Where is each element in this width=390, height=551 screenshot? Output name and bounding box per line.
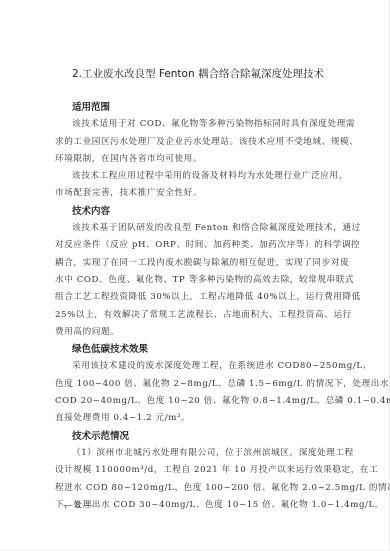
text-line: 求的工业园区污水处理厂及企业污水处理站。该技术应用不受地域、规模、 bbox=[55, 134, 344, 151]
text-line: 水中 COD、色度、氟化物、TP 等多种污染物的高效去除，较常规串联式 bbox=[55, 272, 344, 289]
paragraph-content: 该技术基于团队研发的改良型 Fenton 和络合除氟深度处理技术，通过 对反应条… bbox=[55, 220, 344, 341]
text-line: 该技术适用于对 COD、氟化物等多种污染物指标同时具有深度处理需 bbox=[55, 116, 344, 133]
text-line: 该技术工程应用过程中采用的设备及材料均为水处理行业广泛应用， bbox=[55, 168, 344, 185]
text-line: 25%以上，有效解决了常规工艺流程长、占地面积大、工程投资高、运行 bbox=[55, 307, 344, 324]
text-line: 程进水 COD 80~120mg/L、色度 100~200 倍、氟化物 2.0~… bbox=[55, 480, 344, 497]
heading-demonstration: 技术示范情况 bbox=[55, 428, 344, 445]
paragraph-scope: 该技术适用于对 COD、氟化物等多种污染物指标同时具有深度处理需 求的工业园区污… bbox=[55, 116, 344, 202]
text-line: 该技术基于团队研发的改良型 Fenton 和络合除氟深度处理技术，通过 bbox=[55, 220, 344, 237]
text-line: 下，处理出水 COD 30~40mg/L、色度 10~15 倍、氟化物 1.0~… bbox=[55, 497, 344, 514]
section-title: 2.工业废水改良型 Fenton 耦合络合除氟深度处理技术 bbox=[72, 66, 324, 81]
heading-scope: 适用范围 bbox=[55, 99, 344, 116]
text-line: 色度 100~400 倍、氟化物 2~8mg/L、总磷 1.5~6mg/L 的情… bbox=[55, 376, 344, 393]
paragraph-green-effect: 采用该技术建设的废水深度处理工程，在系统进水 COD80~250mg/L、 色度… bbox=[55, 358, 344, 427]
heading-content: 技术内容 bbox=[55, 203, 344, 220]
text-line: 直接处理费用 0.4~1.2 元/m³。 bbox=[55, 410, 344, 427]
heading-green-effect: 绿色低碳技术效果 bbox=[55, 341, 344, 358]
text-line: 设计规模 110000m³/d，工程自 2021 年 10 月投产以来运行效果稳… bbox=[55, 462, 344, 479]
document-page: 2.工业废水改良型 Fenton 耦合络合除氟深度处理技术 适用范围 该技术适用… bbox=[0, 0, 390, 551]
page-number: — 8 — bbox=[63, 501, 92, 511]
text-line: 市场配套完善，技术推广安全性好。 bbox=[55, 185, 344, 202]
text-line: 组合工艺工程投资降低 30%以上，工程占地降低 40%以上，运行费用降低 bbox=[55, 289, 344, 306]
text-line: 环境限制，在国内各省市均可使用。 bbox=[55, 151, 344, 168]
text-line: （1）滨州市北城污水处理有限公司，位于滨州滨城区，深度处理工程 bbox=[55, 445, 344, 462]
text-line: 对反应条件（反应 pH、ORP、时间、加药种类、加药次序等）的科学调控 bbox=[55, 237, 344, 254]
paragraph-demonstration: （1）滨州市北城污水处理有限公司，位于滨州滨城区，深度处理工程 设计规模 110… bbox=[55, 445, 344, 514]
text-line: 耦合，实现了在同一工段内废水脱碳与除氟的相互促进，实现了同步对废 bbox=[55, 255, 344, 272]
text-line: COD 20~40mg/L、色度 10~20 倍、氟化物 0.8~1.4mg/L… bbox=[55, 393, 344, 410]
text-line: 采用该技术建设的废水深度处理工程，在系统进水 COD80~250mg/L、 bbox=[55, 358, 344, 375]
document-body: 适用范围 该技术适用于对 COD、氟化物等多种污染物指标同时具有深度处理需 求的… bbox=[55, 99, 344, 514]
text-line: 费用高的问题。 bbox=[55, 324, 344, 341]
